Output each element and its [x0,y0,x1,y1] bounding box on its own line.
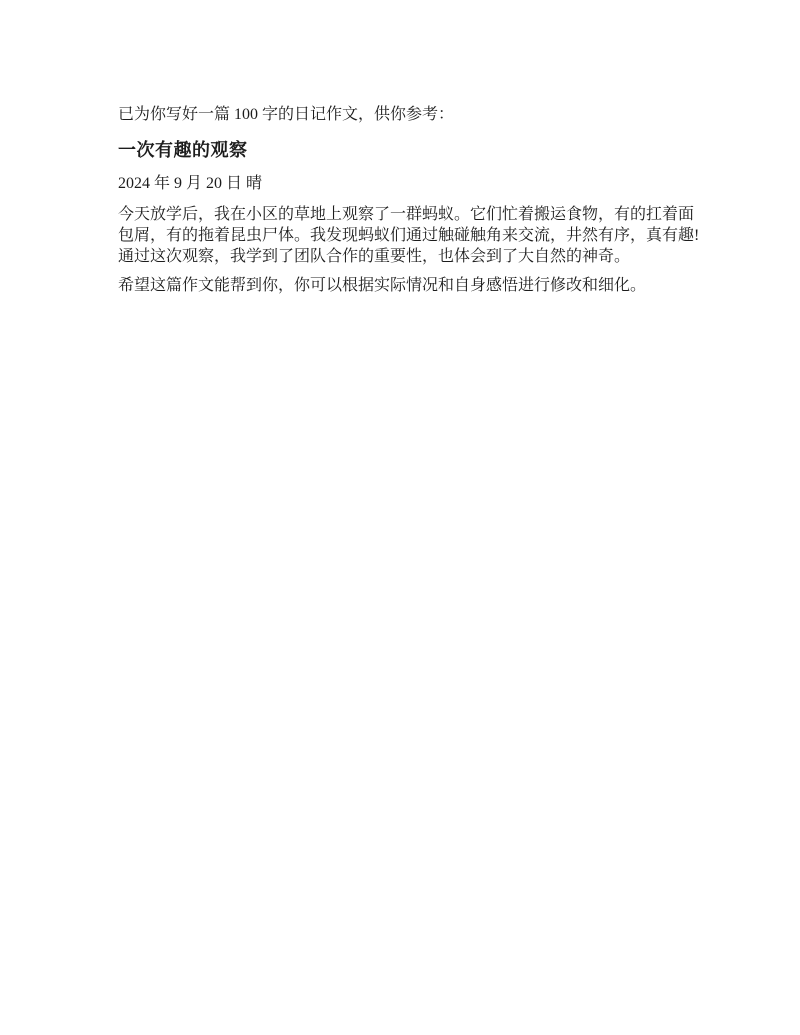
document-page: 已为你写好一篇 100 字的日记作文，供你参考： 一次有趣的观察 2024 年 … [0,0,800,1035]
closing-text: 希望这篇作文能帮到你，你可以根据实际情况和自身感悟进行修改和细化。 [118,275,700,297]
intro-text: 已为你写好一篇 100 字的日记作文，供你参考： [118,104,700,126]
essay-title: 一次有趣的观察 [118,138,700,163]
essay-body-paragraph: 今天放学后，我在小区的草地上观察了一群蚂蚁。它们忙着搬运食物，有的扛着面包屑，有… [118,204,700,267]
essay-document: 已为你写好一篇 100 字的日记作文，供你参考： 一次有趣的观察 2024 年 … [118,104,700,297]
essay-date-line: 2024 年 9 月 20 日 晴 [118,173,700,195]
